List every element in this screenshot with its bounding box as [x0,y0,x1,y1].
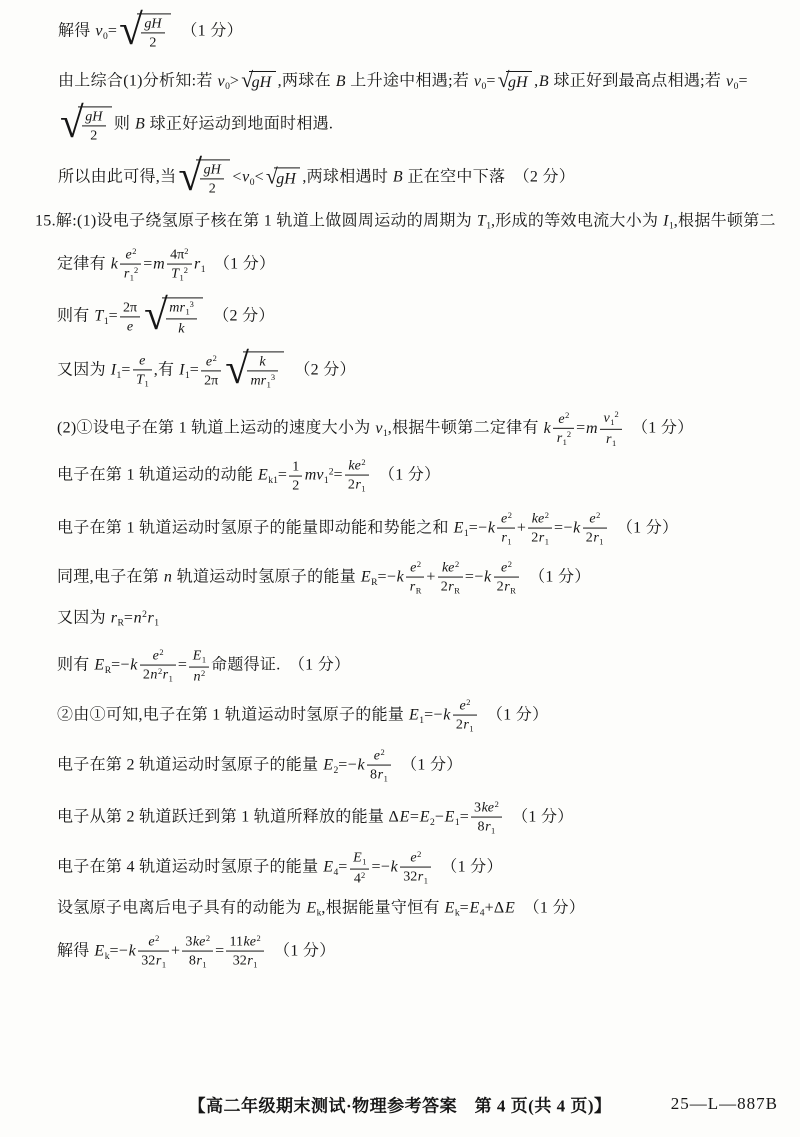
fraction-denominator: 8r1 [471,818,502,837]
math-fraction: e22π [201,353,221,388]
math-superscript: 2 [206,933,210,943]
math-variable: E [306,899,317,916]
answer-line-15: ②由①可知,电子在第 1 轨道运动时氢原子的能量 E1=−ke22r1 （1 分… [57,698,548,735]
math-subscript: k [455,908,460,919]
answer-line-18: 电子在第 4 轨道运动时氢原子的能量 E4=E142=−ke232r1 （1 分… [57,850,503,887]
math-variable: gH [251,74,272,91]
math-variable: k [259,354,266,370]
fraction-numerator: ke2 [345,458,369,476]
radical-sign: √ [498,70,510,92]
answer-line-17: 电子从第 2 轨道跃迁到第 1 轨道所释放的能量 ΔE=E2−E1=3ke28r… [57,800,574,837]
fraction-numerator: 2π [120,299,140,317]
math-variable: T [94,308,104,325]
math-fraction: eT1 [133,353,152,390]
math-variable: gH [144,15,162,31]
math-subscript: 1 [669,221,674,232]
math-variable: E [505,899,516,916]
math-variable: T [171,266,180,282]
math-variable: gH [276,170,297,187]
math-variable: n [163,569,172,586]
math-variable: E [94,943,105,960]
math-subscript: k1 [268,475,278,486]
math-variable: k [484,569,492,586]
answer-line-5: 15.解:(1)设电子绕氢原子核在第 1 轨道上做圆周运动的周期为 T1,形成的… [35,211,776,232]
math-fraction: ke22r1 [345,458,369,495]
fraction-numerator: 3ke2 [471,800,502,818]
math-square-root: √mr13k [144,295,203,338]
math-superscript: 2 [596,510,600,520]
math-variable: n [150,667,158,683]
math-variable: E [419,809,430,826]
math-variable: k [110,256,118,273]
math-variable: m [153,256,166,273]
math-variable: n [133,609,142,626]
math-subscript: 1 [469,724,473,734]
math-variable: n [193,668,201,684]
math-superscript: 2 [134,265,138,275]
math-variable: gH [508,74,529,91]
math-fraction: v12r1 [600,410,622,448]
math-fraction: ke22r1 [528,511,552,548]
paper-code: 25—L—887B [671,1094,778,1114]
math-superscript: 2 [508,559,512,569]
math-superscript: 2 [132,246,136,256]
math-variable: E [409,707,420,724]
math-subscript: R [117,618,123,629]
fraction-numerator: e2 [497,511,514,529]
math-variable: e [410,560,417,576]
fraction-denominator: 42 [350,869,370,886]
radical-sign: √ [60,102,84,145]
math-subscript: 2 [333,765,338,776]
fraction-numerator: e2 [138,934,169,952]
math-superscript: 2 [155,933,159,943]
math-superscript: 3 [190,299,194,309]
math-variable: k [573,520,581,537]
math-variable: m [585,420,598,437]
answer-line-2: 由上综合(1)分析知:若 v0>√gH,两球在 B 上升途中相遇;若 v0=√g… [58,71,748,93]
math-variable: r [194,256,201,273]
math-variable: mr [250,373,267,389]
math-variable: B [335,73,346,90]
math-fraction: ke22rR [438,560,463,597]
math-fraction: e2r1 [497,511,514,548]
math-square-root: √gH [241,71,275,93]
fraction-numerator: mr13 [166,300,197,320]
math-variable: e [205,353,212,369]
math-square-root: √gH [498,71,532,93]
math-superscript: 2 [545,510,549,520]
math-variable: E [453,520,464,537]
math-variable: E [444,899,455,916]
math-variable: e [500,511,507,527]
radical-sign: √ [266,166,278,188]
math-subscript: 1 [253,960,257,970]
math-variable: k [178,320,185,336]
math-subscript: 1 [486,221,491,232]
math-fraction: gH2 [200,161,224,196]
math-superscript: 2 [455,559,459,569]
answer-line-20: 解得 Ek=−ke232r1+3ke28r1=11ke232r1 （1 分） [57,934,336,971]
fraction-denominator: 2 [82,126,106,143]
math-fraction: e232r1 [400,850,431,887]
math-variable: k [130,657,138,674]
math-fraction: e28r1 [367,748,391,785]
fraction-numerator: e2 [367,748,391,766]
math-variable: v [95,23,103,40]
math-superscript: 2 [466,697,470,707]
math-variable: ke [441,560,455,576]
math-subscript: k [105,951,110,962]
math-subscript: 1 [491,826,495,836]
math-variable: E [323,859,334,876]
fraction-denominator: 2rR [494,578,519,597]
math-variable: k [487,520,495,537]
answer-line-12: 同理,电子在第 n 轨道运动时氢原子的能量 ER=−ke2rR+ke22rR=−… [57,560,591,597]
math-square-root: √gH2 [178,156,230,199]
math-fraction: e2r12 [120,247,141,284]
math-subscript: 1 [464,528,469,539]
math-variable: k [128,943,136,960]
math-fraction: kmr13 [247,354,278,391]
math-variable: v [375,420,383,437]
math-variable: mr [169,300,186,316]
fraction-denominator: k [166,319,197,336]
fraction-numerator: e2 [406,560,424,578]
fraction-numerator: e [133,353,152,371]
math-variable: e [501,560,508,576]
fraction-denominator: r1 [497,529,514,548]
fraction-denominator: 8r1 [182,952,213,971]
fraction-numerator: e2 [201,353,221,371]
math-fraction: e22r1 [453,698,477,735]
fraction-denominator: 2π [201,372,221,389]
math-variable: v [242,169,250,186]
answer-line-3: √gH2则 B 球正好运动到地面时相遇. [58,103,333,146]
math-superscript: 2 [361,457,365,467]
fraction-denominator: n2 [189,667,209,684]
fraction-numerator: E1 [189,648,209,668]
math-fraction: e22r1 [583,511,607,548]
fraction-numerator: k [247,354,278,372]
fraction-denominator: 2r1 [453,716,477,735]
math-subscript: 1 [599,537,603,547]
math-superscript: 2 [495,799,499,809]
answer-line-11: 电子在第 1 轨道运动时氢原子的能量即动能和势能之和 E1=−ke2r1+ke2… [57,511,678,548]
fraction-denominator: r12 [120,265,141,284]
fraction-denominator: 2r1 [345,476,369,495]
math-variable: ke [192,934,206,950]
radical-sign: √ [119,9,143,52]
math-subscript: 1 [419,715,424,726]
math-square-root: √gH [266,167,300,189]
radical-sign: √ [144,294,168,337]
answer-line-19: 设氢原子电离后电子具有的动能为 Ek,根据能量守恒有 Ek=E4+ΔE （1 分… [57,898,585,919]
answer-line-10: 电子在第 1 轨道运动的动能 Ek1=12mv12=ke22r1 （1 分） [57,458,440,495]
math-variable: v [473,73,481,90]
math-fraction: E142 [350,850,370,887]
fraction-numerator: 4π2 [167,247,191,265]
answer-line-14: 则有 ER=−ke22n2r1=E1n2命题得证. （1 分） [57,648,350,685]
math-superscript: 2 [361,870,365,880]
math-variable: E [94,657,105,674]
radical-sign: √ [225,348,249,391]
fraction-denominator: T1 [133,371,152,390]
fraction-numerator: ke2 [438,560,463,578]
fraction-denominator: r12 [553,429,574,448]
math-subscript: 1 [384,774,388,784]
math-square-root: √kmr13 [225,349,284,392]
math-fraction: e2r12 [553,411,574,448]
math-variable: k [357,757,365,774]
fraction-numerator: gH [141,15,165,33]
fraction-numerator: e2 [140,648,176,666]
math-subscript: 1 [169,674,173,684]
math-subscript: 0 [250,177,255,188]
math-superscript: 2 [565,410,569,420]
math-subscript: 1 [383,428,388,439]
fraction-denominator: 2rR [438,578,463,597]
fraction-denominator: e [120,318,140,335]
math-variable: mv [304,467,324,484]
fraction-denominator: mr13 [247,372,278,391]
math-subscript: 1 [507,537,511,547]
math-fraction: e22n2r1 [140,648,176,685]
math-superscript: 2 [567,429,571,439]
math-subscript: 1 [201,264,206,275]
math-subscript: 0 [103,31,108,42]
math-fraction: 2πe [120,299,140,334]
answer-line-4: 所以由此可得,当√gH2<v0<√gH,两球相遇时 B 正在空中下落 （2 分） [58,156,575,199]
math-variable: E [192,648,202,664]
math-subscript: 4 [333,867,338,878]
math-subscript: 0 [734,81,739,92]
math-subscript: 2 [430,817,435,828]
math-superscript: 3 [271,372,275,382]
fraction-denominator: 2 [141,33,165,50]
fraction-numerator: e2 [553,411,574,429]
math-variable: E [323,757,334,774]
math-subscript: 0 [482,81,487,92]
fraction-numerator: gH [200,161,224,179]
math-variable: e [126,319,133,335]
math-subscript: 1 [162,960,166,970]
answer-line-7: 则有 T1=2πe√mr13k （2 分） [57,295,275,338]
math-variable: E [469,899,480,916]
math-variable: k [543,420,551,437]
fraction-numerator: E1 [350,850,370,870]
math-variable: gH [203,161,221,177]
math-square-root: √gH2 [119,10,171,53]
math-subscript: 1 [104,316,109,327]
math-superscript: 2 [201,668,205,678]
math-subscript: 1 [117,370,122,381]
answer-line-6: 定律有 ke2r12=m4π2T12r1 （1 分） [57,247,275,284]
fraction-numerator: e2 [494,560,519,578]
fraction-numerator: 11ke2 [226,934,263,952]
math-fraction: gH2 [82,108,106,143]
math-subscript: 1 [612,437,616,447]
math-square-root: √gH2 [60,103,112,146]
math-subscript: 1 [185,370,190,381]
math-superscript: 2 [213,353,217,363]
math-subscript: 4 [480,908,485,919]
math-superscript: 2 [380,747,384,757]
answer-line-1: 解得 v0=√gH2 （1 分） [58,10,243,53]
math-fraction: 3ke28r1 [182,934,213,971]
math-fraction: 11ke232r1 [226,934,263,971]
math-variable: E [258,467,269,484]
fraction-denominator: 32r1 [138,952,169,971]
math-fraction: 12 [289,458,302,493]
answer-line-13: 又因为 rR=n2r1 [57,608,159,629]
answer-line-8: 又因为 I1=eT1,有 I1=e22π√kmr13 （2 分） [57,349,356,392]
math-variable: T [136,372,145,388]
math-variable: B [135,116,146,133]
math-variable: k [443,707,451,724]
math-superscript: 2 [329,466,334,477]
math-superscript: 2 [508,510,512,520]
math-fraction: gH2 [141,15,165,50]
math-variable: e [139,353,146,369]
fraction-denominator: 2r1 [583,529,607,548]
math-subscript: 1 [361,484,365,494]
math-subscript: 1 [362,857,366,867]
math-variable: B [392,169,403,186]
math-fraction: 4π2T12 [167,247,191,284]
answer-sheet-page: 解得 v0=√gH2 （1 分）由上综合(1)分析知:若 v0>√gH,两球在 … [0,0,800,1137]
math-variable: ke [481,800,495,816]
fraction-denominator: 32r1 [400,868,431,887]
fraction-denominator: rR [406,578,424,597]
fraction-numerator: ke2 [528,511,552,529]
math-superscript: 2 [417,849,421,859]
fraction-denominator: 32r1 [226,952,263,971]
answer-line-9: (2)①设电子在第 1 轨道上运动的速度大小为 v1,根据牛顿第二定律有 ke2… [57,410,694,448]
math-variable: ke [531,511,545,527]
math-fraction: 3ke28r1 [471,800,502,837]
fraction-numerator: gH [82,108,106,126]
footer-title: 【高二年级期末测试·物理参考答案 第 4 页(共 4 页)】 [189,1092,612,1117]
math-variable: v [217,73,225,90]
fraction-denominator: 8r1 [367,766,391,785]
math-variable: E [353,850,363,866]
radical-sign: √ [241,70,253,92]
math-subscript: 1 [455,817,460,828]
math-variable: T [476,212,486,229]
fraction-denominator: 2n2r1 [140,666,176,685]
answer-line-16: 电子在第 2 轨道运动时氢原子的能量 E2=−ke28r1 （1 分） [57,748,463,785]
math-variable: k [390,859,398,876]
math-superscript: 2 [184,265,188,275]
math-subscript: R [371,577,377,588]
math-subscript: R [105,665,111,676]
fraction-denominator: 2r1 [528,529,552,548]
math-variable: B [538,73,549,90]
math-subscript: 1 [202,655,206,665]
math-variable: gH [85,108,103,124]
fraction-numerator: 1 [289,458,302,476]
fraction-denominator: r1 [600,430,622,449]
fraction-numerator: e2 [120,247,141,265]
math-variable: E [360,569,371,586]
fraction-numerator: e2 [400,850,431,868]
math-subscript: k [317,908,322,919]
math-variable: ke [348,458,362,474]
math-subscript: 1 [145,379,149,389]
math-variable: v [726,73,734,90]
math-superscript: 2 [614,409,618,419]
math-subscript: R [510,586,516,596]
math-fraction: e232r1 [138,934,169,971]
fraction-denominator: 2 [289,476,302,493]
math-variable: k [396,569,404,586]
math-variable: ke [243,934,257,950]
math-variable: E [444,809,455,826]
math-subscript: 1 [545,537,549,547]
fraction-numerator: 3ke2 [182,934,213,952]
math-fraction: e22rR [494,560,519,597]
fraction-numerator: e2 [453,698,477,716]
math-subscript: R [416,586,422,596]
fraction-denominator: 2 [200,179,224,196]
math-fraction: E1n2 [189,648,209,685]
math-variable: E [399,809,410,826]
math-fraction: e2rR [406,560,424,597]
fraction-denominator: T12 [167,265,191,284]
math-subscript: 1 [424,876,428,886]
math-superscript: 2 [184,246,188,256]
math-subscript: 0 [225,81,230,92]
fraction-numerator: v12 [600,410,622,430]
math-superscript: 2 [417,559,421,569]
math-fraction: mr13k [166,300,197,337]
fraction-numerator: e2 [583,511,607,529]
math-subscript: 1 [154,618,159,629]
math-superscript: 2 [159,647,163,657]
math-superscript: 2 [257,933,261,943]
math-subscript: R [454,586,460,596]
radical-sign: √ [178,155,202,198]
math-subscript: 1 [202,960,206,970]
